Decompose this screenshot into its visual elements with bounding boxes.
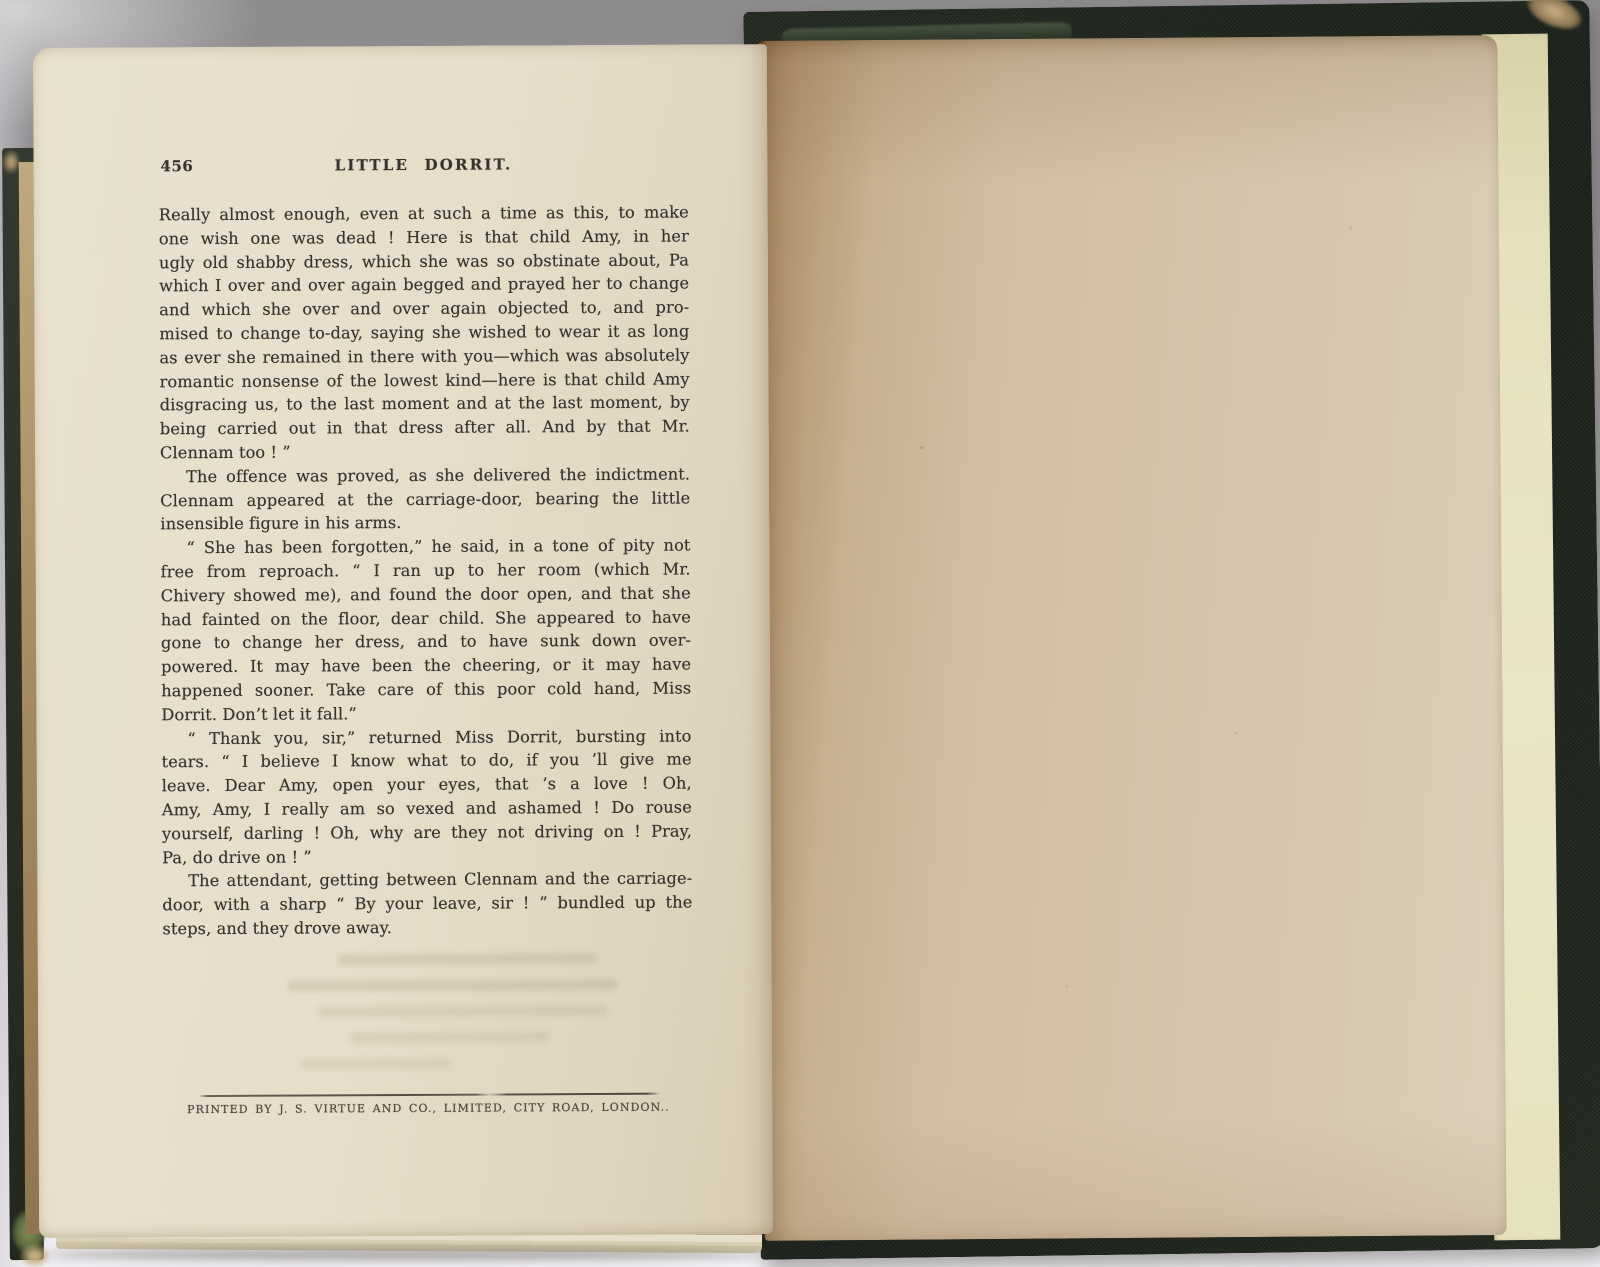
text-line: tears. “ I believe I know what to do, if… [162,748,692,775]
text-line: disgracing us, to the last moment and at… [160,391,690,418]
text-line: powered. It may have been the cheering, … [161,653,691,680]
text-line: had fainted on the floor, dear child. Sh… [161,605,691,632]
text-line: as ever she remained in there with you—w… [159,343,689,370]
cast-shadow [42,1249,766,1260]
text-line: and which she over and over again object… [159,296,689,323]
text-line: gone to change her dress, and to have su… [161,629,691,656]
text-line: being carried out in that dress after al… [160,415,690,442]
body-text: Really almost enough, even at such a tim… [159,200,693,940]
show-through-ghost [300,1058,450,1070]
text-line: mised to change to-day, saying she wishe… [159,319,689,346]
text-line: Amy, Amy, I really am so vexed and asham… [162,795,692,822]
text-line: steps, and they drove away. [162,914,692,941]
right-book-page [755,35,1506,1241]
text-line: The offence was proved, as she delivered… [160,462,690,489]
worn-corner [2,150,20,174]
text-line: one wish one was dead ! Here is that chi… [159,224,689,251]
text-line: free from reproach. “ I ran up to her ro… [161,557,691,584]
show-through-ghost [288,979,618,992]
text-line: Dorrit. Don’t let it fall.” [161,700,691,727]
photo-background: 456 LITTLE DORRIT. Really almost enough,… [0,0,1600,1267]
worn-corner [1522,0,1587,37]
imprint-rule [198,1093,660,1097]
text-line: Chivery showed me), and found the door o… [161,581,691,608]
text-line: which I over and over again begged and p… [159,272,689,299]
text-line: insensible figure in his arms. [160,510,690,537]
text-line: ugly old shabby dress, which she was so … [159,248,689,275]
text-line: Clennam too ! ” [160,438,690,465]
text-line: happened sooner. Take care of this poor … [161,676,691,703]
text-line: “ She has been forgotten,” he said, in a… [160,534,690,561]
text-line: romantic nonsense of the lowest kind—her… [160,367,690,394]
text-line: Pa, do drive on ! ” [162,843,692,870]
show-through-ghost [350,1031,550,1043]
text-line: Clennam appeared at the carriage-door, b… [160,486,690,513]
text-line: The attendant, getting between Clennam a… [162,867,692,894]
running-title: LITTLE DORRIT. [158,154,688,175]
text-line: “ Thank you, sir,” returned Miss Dorrit,… [161,724,691,751]
left-book-page: 456 LITTLE DORRIT. Really almost enough,… [33,44,773,1238]
text-line: Really almost enough, even at such a tim… [159,200,689,227]
printer-imprint: PRINTED BY J. S. VIRTUE AND CO., LIMITED… [163,1100,693,1116]
show-through-ghost [318,1005,608,1018]
text-line: leave. Dear Amy, open your eyes, that ’s… [162,772,692,799]
text-line: door, with a sharp “ By your leave, sir … [162,891,692,918]
show-through-ghost [338,953,598,965]
worn-corner [20,1244,50,1267]
text-line: yourself, darling ! Oh, why are they not… [162,819,692,846]
